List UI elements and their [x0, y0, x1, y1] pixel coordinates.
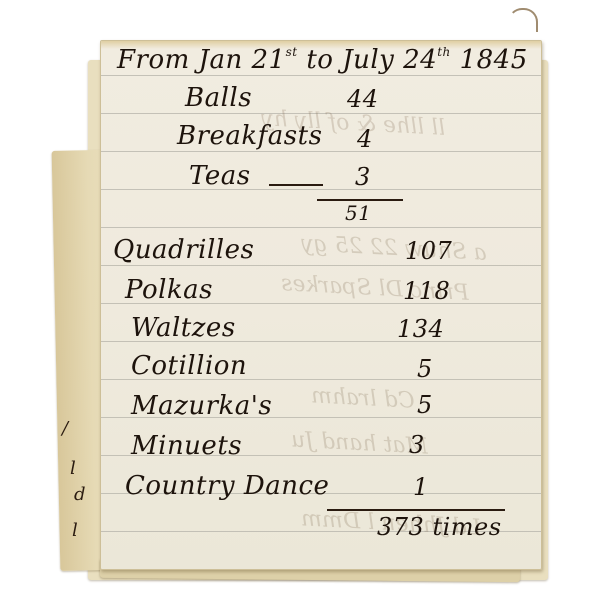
dances-total: 373 times [377, 513, 502, 541]
event-label: Balls [185, 83, 252, 113]
dance-count: 107 [405, 237, 452, 265]
dance-count: 5 [417, 355, 433, 383]
event-count: 44 [347, 85, 379, 113]
dance-count: 3 [409, 431, 425, 459]
dance-label: Polkas [125, 275, 213, 305]
event-label: Teas [189, 161, 251, 191]
dance-label: Cotillion [131, 351, 247, 381]
binding-thread [508, 8, 538, 32]
dance-label: Minuets [131, 431, 242, 461]
bleed-through-text: a Shuw 22 25 gy [300, 231, 487, 266]
back-page-handwriting: l [72, 520, 78, 541]
event-label: Breakfasts [177, 121, 322, 151]
back-page-handwriting: l [70, 458, 76, 479]
back-page-handwriting: d [74, 484, 86, 505]
event-count: 3 [355, 163, 371, 191]
back-page-handwriting: / [62, 418, 68, 439]
sum-line [327, 509, 505, 511]
events-total: 51 [345, 201, 371, 225]
dance-count: 5 [417, 391, 433, 419]
dance-label: Mazurka's [131, 391, 272, 421]
dance-count: 1 [413, 473, 429, 501]
ledger-page: ll llhe & of lly hy a Shuw 22 25 gy Prin… [100, 40, 542, 570]
dash-line [269, 184, 323, 186]
dance-count: 118 [403, 277, 450, 305]
bleed-through-text: Cd lrahm [310, 383, 415, 413]
dance-count: 134 [397, 315, 444, 343]
dance-label: Country Dance [125, 471, 329, 501]
dance-label: Waltzes [131, 313, 236, 343]
photo-stage: / l d l ll llhe & of lly hy a Shuw 22 25… [0, 0, 611, 600]
event-count: 4 [357, 125, 373, 153]
dance-label: Quadrilles [113, 235, 254, 265]
date-range-header: From Jan 21st to July 24th 1845 [117, 45, 528, 75]
